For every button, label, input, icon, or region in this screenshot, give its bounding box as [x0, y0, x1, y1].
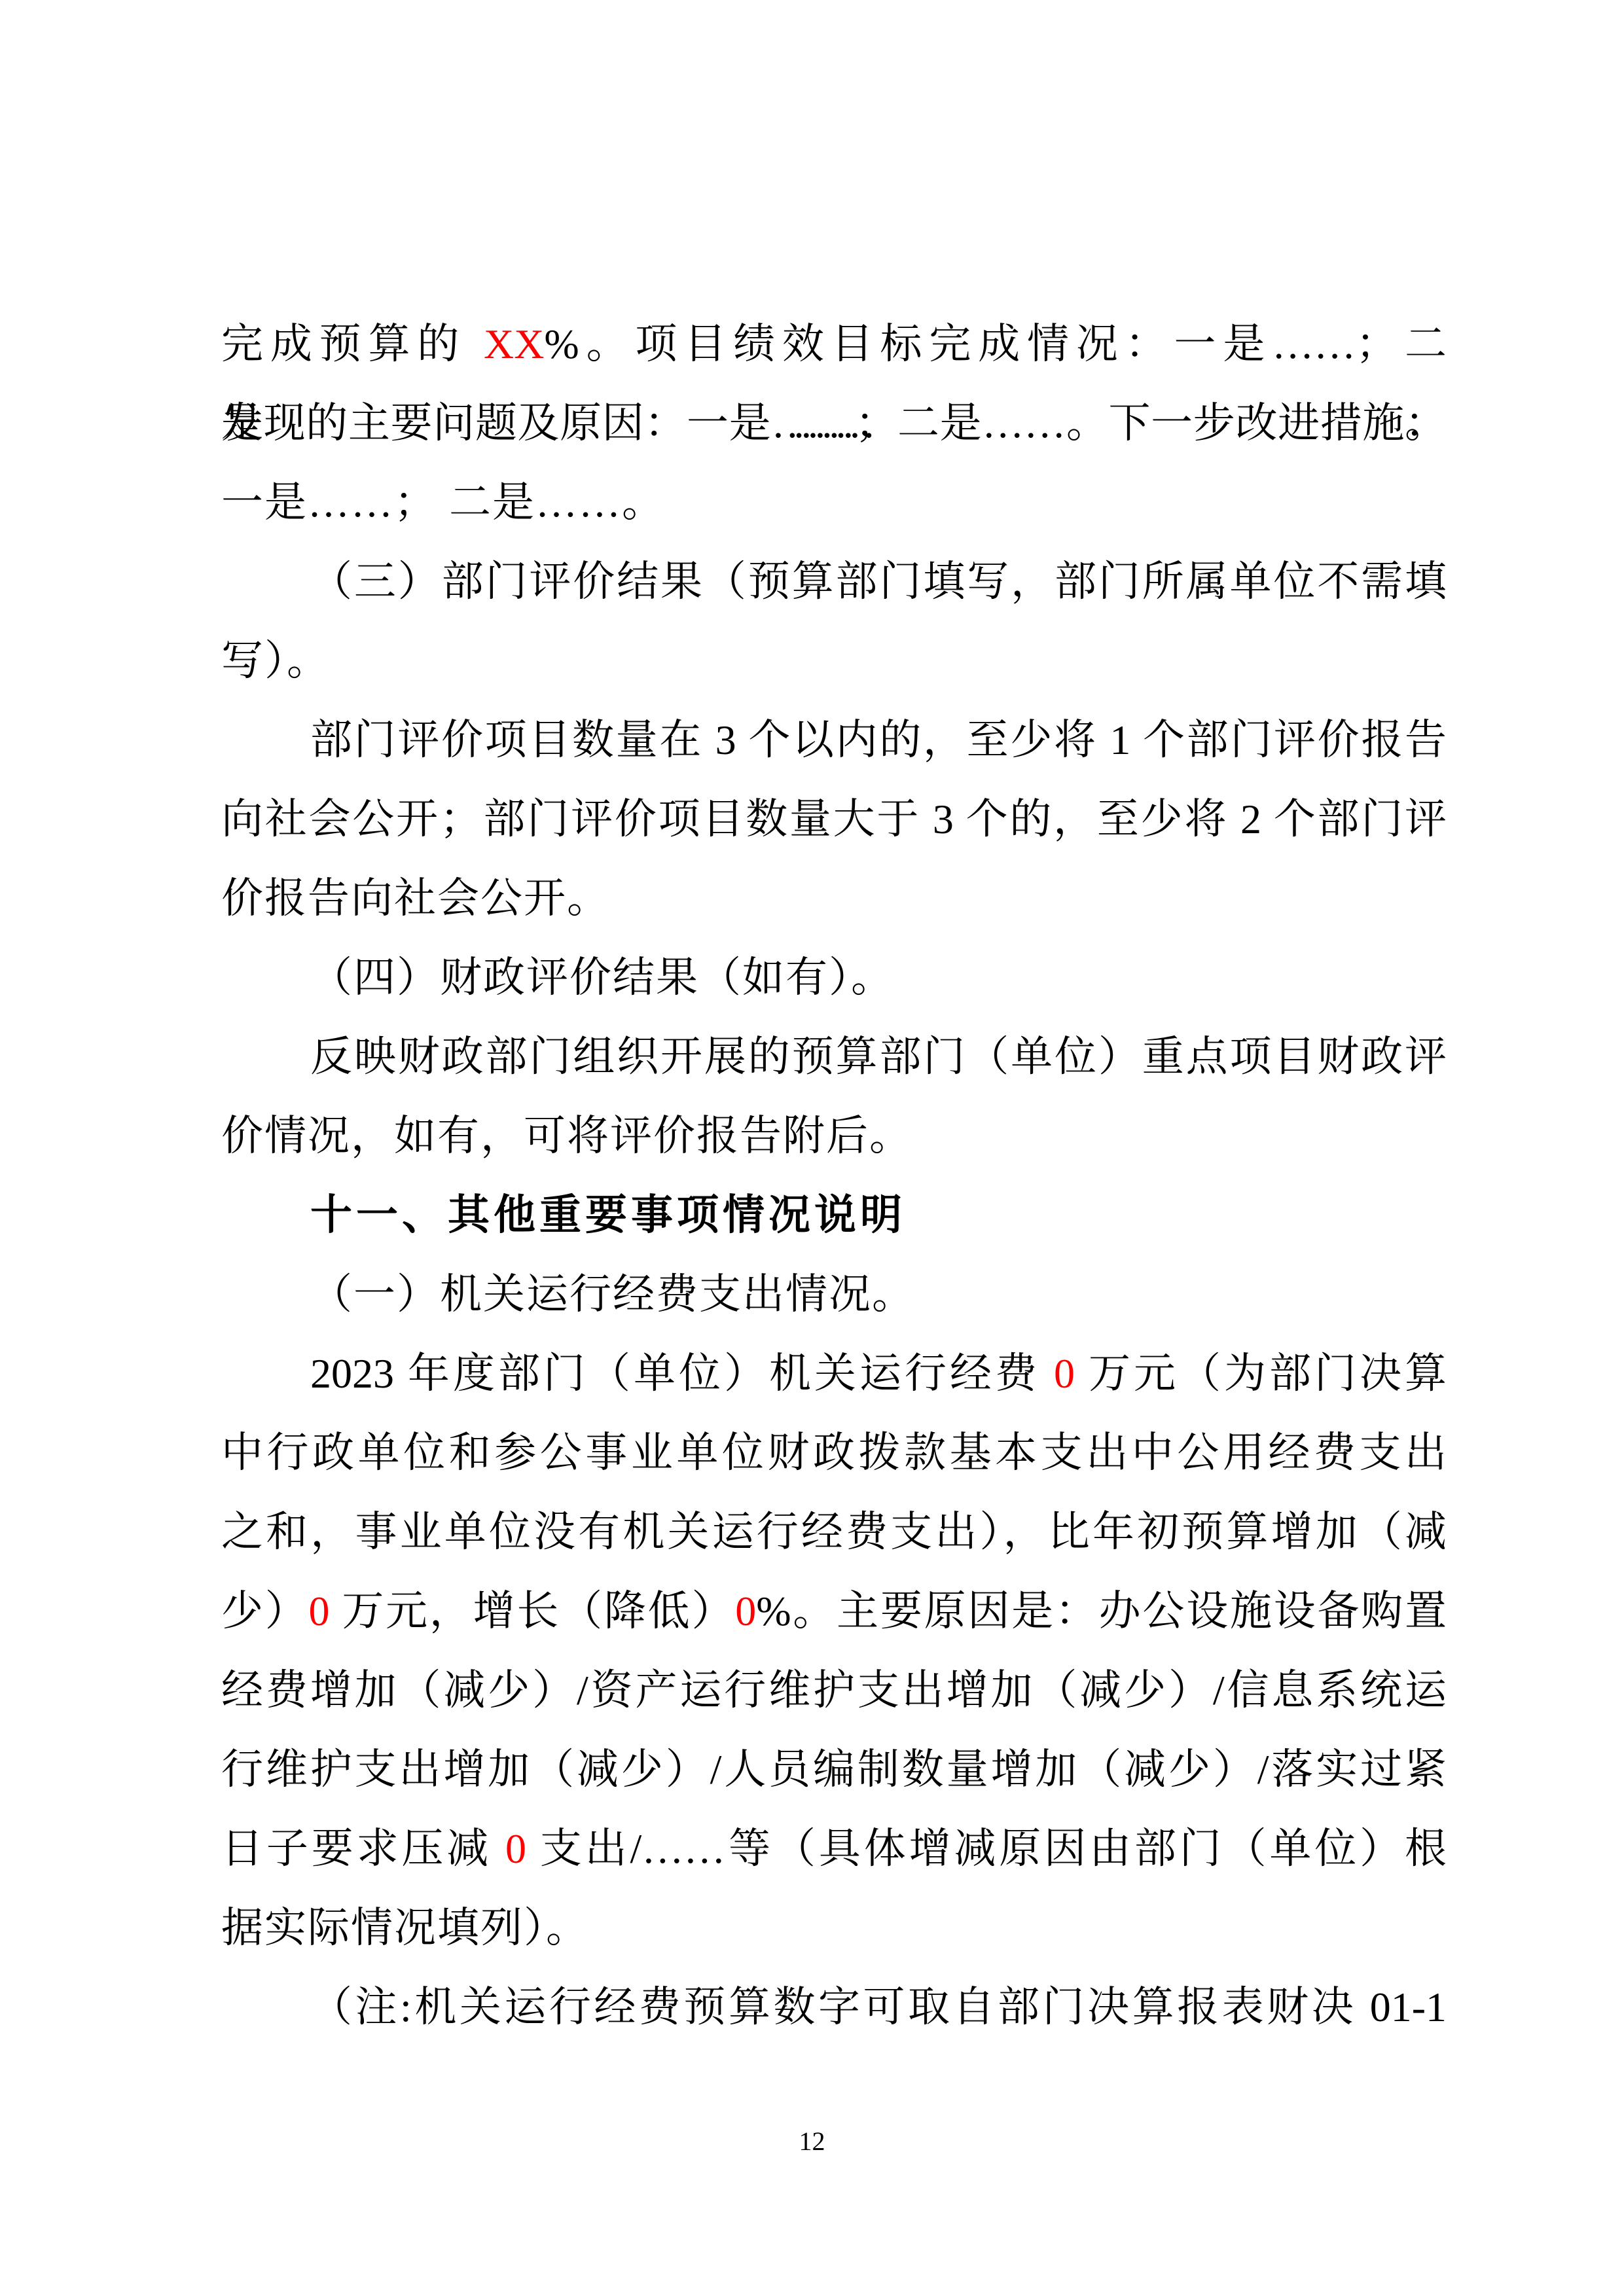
text-run: （注:机关运行经费预算数字可取自部门决算报表财决	[310, 1984, 1370, 2030]
text-run: 发现的主要问题及原因：一是……；二是……。下一步改进措施：	[221, 400, 1447, 446]
text-line: 价报告向社会公开。	[221, 859, 1447, 938]
text-line: 之和，事业单位没有机关运行经费支出），比年初预算增加（减	[221, 1492, 1447, 1571]
text-run: 反映财政部门组织开展的预算部门（单位）重点项目财政评	[310, 1033, 1447, 1080]
text-line: 完成预算的 XX%。项目绩效目标完成情况：一是……；二是……。	[221, 304, 1447, 384]
page-number: 12	[0, 2127, 1624, 2156]
text-run: 之和，事业单位没有机关运行经费支出），比年初预算增加（减	[221, 1509, 1447, 1555]
text-run: 经费增加（减少）/资产运行维护支出增加（减少）/信息系统运	[221, 1667, 1447, 1713]
text-run: 部门评价项目数量在 3 个以内的，至少将 1 个部门评价报告	[310, 717, 1447, 763]
text-line: 反映财政部门组织开展的预算部门（单位）重点项目财政评	[221, 1017, 1447, 1096]
text-run: （四）财政评价结果（如有）。	[310, 954, 894, 1001]
text-line: 日子要求压减 0 支出/……等（具体增减原因由部门（单位）根	[221, 1809, 1447, 1888]
text-line: （四）财政评价结果（如有）。	[221, 938, 1447, 1017]
text-line: 少）0 万元，增长（降低）0%。主要原因是：办公设施设备购置	[221, 1571, 1447, 1651]
text-run: 向社会公开；部门评价项目数量大于 3 个的，至少将 2 个部门评	[221, 796, 1447, 842]
text-line: 经费增加（减少）/资产运行维护支出增加（减少）/信息系统运	[221, 1651, 1447, 1730]
text-run: 完成预算的	[221, 321, 484, 367]
text-run: 少）	[221, 1588, 309, 1634]
text-line: （三）部门评价结果（预算部门填写，部门所属单位不需填	[221, 542, 1447, 621]
text-line: 向社会公开；部门评价项目数量大于 3 个的，至少将 2 个部门评	[221, 780, 1447, 859]
text-run: 价报告向社会公开。	[221, 875, 610, 922]
text-line: 中行政单位和参公事业单位财政拨款基本支出中公用经费支出	[221, 1413, 1447, 1492]
section-heading: 十一、其他重要事项情况说明	[221, 1175, 1447, 1255]
text-run: 万元（为部门决算	[1075, 1350, 1447, 1397]
placeholder-value: XX	[484, 321, 544, 367]
placeholder-value: 0	[505, 1825, 526, 1872]
text-run: 2023 年度部门（单位）机关运行经费	[310, 1350, 1054, 1397]
text-run: （一）机关运行经费支出情况。	[310, 1271, 915, 1318]
text-line: 据实际情况填列）。	[221, 1888, 1447, 1967]
text-line: 一是……； 二是……。	[221, 463, 1447, 542]
placeholder-value: 0	[1054, 1350, 1075, 1397]
text-line: （注:机关运行经费预算数字可取自部门决算报表财决 01-1	[221, 1967, 1447, 2047]
text-run: 01-1	[1370, 1984, 1447, 2030]
text-run: %。主要原因是：办公设施设备购置	[756, 1588, 1447, 1634]
text-run: 日子要求压减	[221, 1825, 505, 1872]
placeholder-value: 0	[735, 1588, 756, 1634]
text-line: 价情况，如有，可将评价报告附后。	[221, 1096, 1447, 1175]
text-run: 支出/……等（具体增减原因由部门（单位）根	[526, 1825, 1447, 1872]
text-line: 发现的主要问题及原因：一是……；二是……。下一步改进措施：	[221, 384, 1447, 463]
text-run: 写）。	[221, 637, 330, 684]
document-body-text: 完成预算的 XX%。项目绩效目标完成情况：一是……；二是……。发现的主要问题及原…	[221, 304, 1447, 2047]
text-line: （一）机关运行经费支出情况。	[221, 1255, 1447, 1334]
text-run: 价情况，如有，可将评价报告附后。	[221, 1113, 912, 1159]
text-run: 中行政单位和参公事业单位财政拨款基本支出中公用经费支出	[221, 1429, 1447, 1476]
text-line: 部门评价项目数量在 3 个以内的，至少将 1 个部门评价报告	[221, 700, 1447, 780]
text-run: 一是……； 二是……。	[221, 479, 665, 526]
text-run: 据实际情况填列）。	[221, 1905, 589, 1951]
text-line: 行维护支出增加（减少）/人员编制数量增加（减少）/落实过紧	[221, 1730, 1447, 1809]
text-line: 2023 年度部门（单位）机关运行经费 0 万元（为部门决算	[221, 1334, 1447, 1413]
text-run: 万元，增长（降低）	[330, 1588, 736, 1634]
placeholder-value: 0	[309, 1588, 330, 1634]
text-run: 行维护支出增加（减少）/人员编制数量增加（减少）/落实过紧	[221, 1746, 1447, 1793]
text-run: （三）部门评价结果（预算部门填写，部门所属单位不需填	[310, 558, 1447, 605]
text-line: 写）。	[221, 621, 1447, 700]
document-page: 完成预算的 XX%。项目绩效目标完成情况：一是……；二是……。发现的主要问题及原…	[0, 0, 1624, 2296]
text-run: 十一、其他重要事项情况说明	[310, 1191, 906, 1238]
